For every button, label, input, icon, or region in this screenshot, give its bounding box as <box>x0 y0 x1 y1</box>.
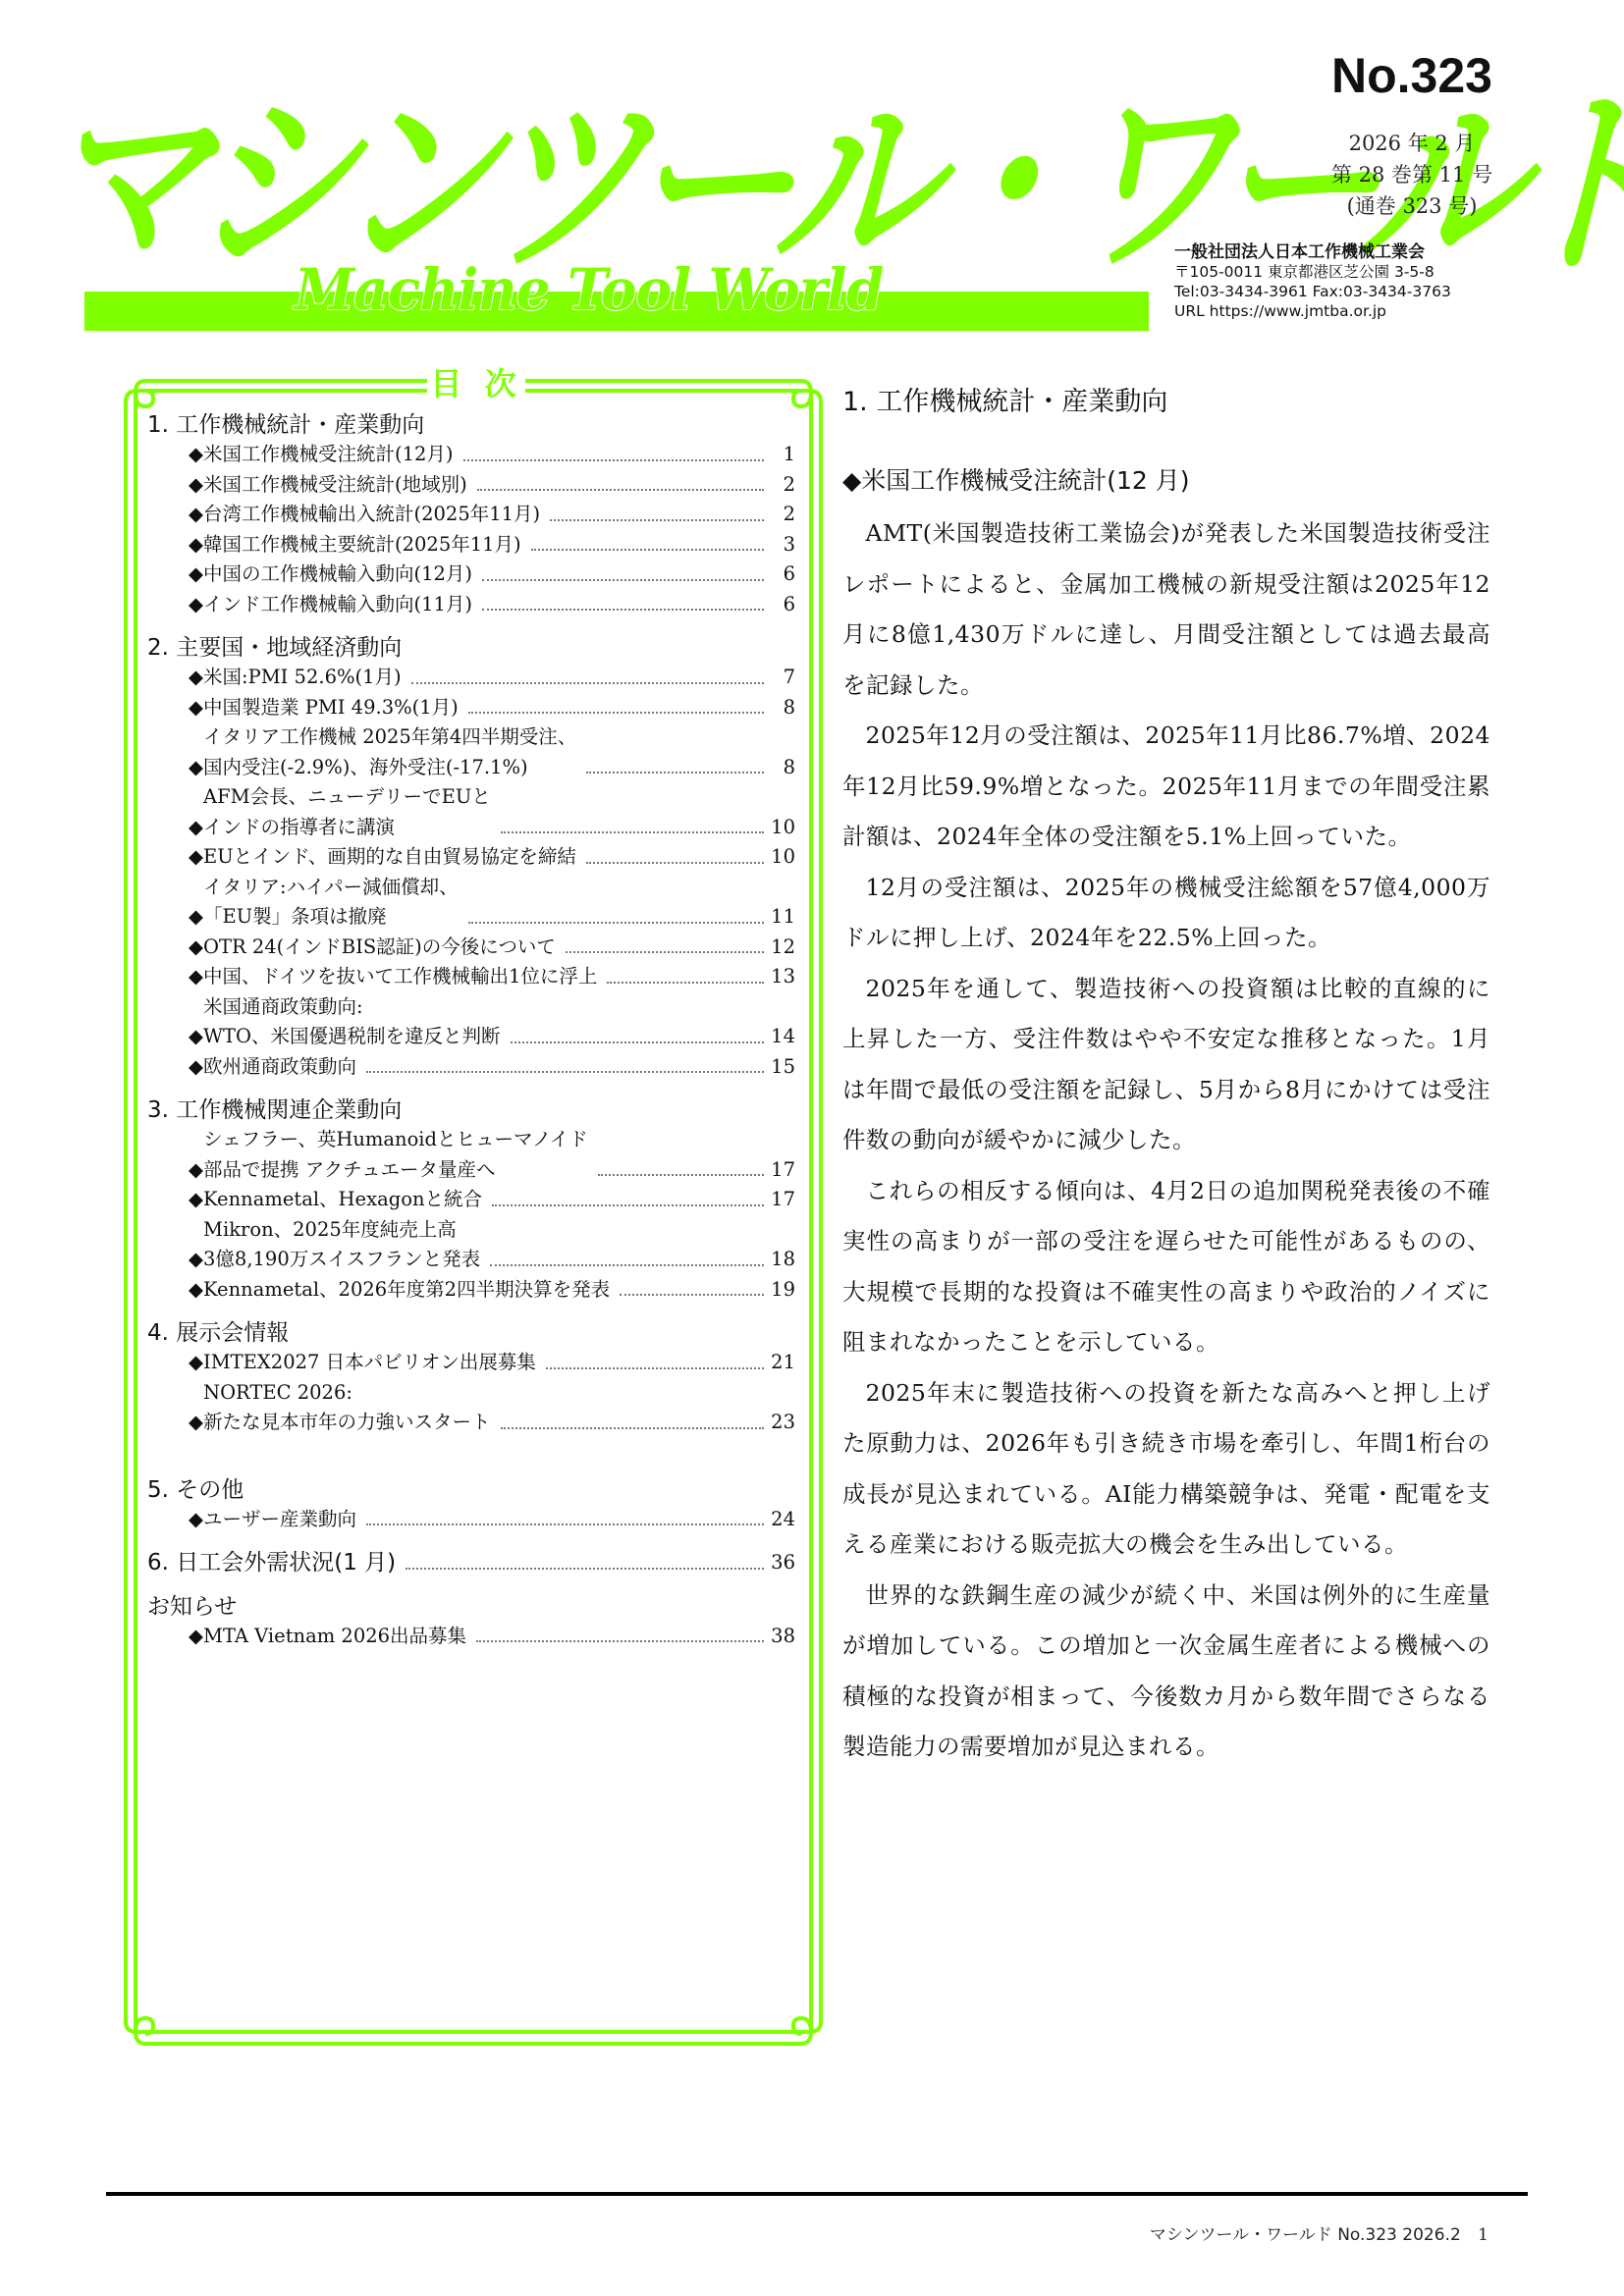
publisher-org: 一般社団法人日本工作機械工業会 <box>1174 242 1538 262</box>
leader-dots <box>492 1204 764 1206</box>
leader-dots <box>607 982 764 984</box>
toc-section-row[interactable]: 6. 日工会外需状況(1 月)36 <box>147 1548 795 1578</box>
toc-item[interactable]: ◆MTA Vietnam 2026出品募集38 <box>147 1622 795 1652</box>
toc-item[interactable]: ◆欧州通商政策動向15 <box>147 1052 795 1083</box>
page-number: 23 <box>770 1408 795 1438</box>
toc-item[interactable]: ◆米国工作機械受注統計(12月)1 <box>147 440 795 470</box>
leader-dots <box>468 922 764 924</box>
diamond-bullet-icon: ◆ <box>189 1155 203 1186</box>
toc-item[interactable]: ◆米国:PMI 52.6%(1月)7 <box>147 663 795 693</box>
leader-dots <box>598 1174 764 1176</box>
leader-dots <box>406 1568 764 1570</box>
leader-dots <box>550 519 764 521</box>
diamond-bullet-icon: ◆ <box>189 1505 203 1535</box>
article-paragraph: 2025年12月の受注額は、2025年11月比86.7%増、2024年12月比5… <box>842 711 1490 863</box>
page-number: 10 <box>770 842 795 873</box>
toc-heading: 目 次 <box>427 359 525 404</box>
toc-section: 6. 日工会外需状況(1 月)36 <box>147 1548 795 1578</box>
page-number: 8 <box>770 753 795 783</box>
leader-dots <box>477 489 764 491</box>
article-paragraph: 2025年末に製造技術への投資を新たな高みへと押し上げた原動力は、2026年も引… <box>842 1368 1490 1571</box>
toc-item[interactable]: ◆EUとインド、画期的な自由貿易協定を締結10 <box>147 842 795 873</box>
leader-dots <box>490 1264 764 1266</box>
footer-publication: マシンツール・ワールド No.323 2026.2 <box>1150 2225 1461 2245</box>
diamond-bullet-icon: ◆ <box>189 500 203 530</box>
toc-item[interactable]: ◆インド工作機械輸入動向(11月)6 <box>147 590 795 620</box>
toc-item[interactable]: ◆韓国工作機械主要統計(2025年11月)3 <box>147 530 795 561</box>
toc-item[interactable]: ◆シェフラー、英Humanoidとヒューマノイド 部品で提携 アクチュエータ量産… <box>147 1125 795 1185</box>
diamond-bullet-icon: ◆ <box>189 1408 203 1438</box>
diamond-bullet-icon: ◆ <box>189 530 203 561</box>
article-paragraph: これらの相反する傾向は、4月2日の追加関税発表後の不確実性の高まりが一部の受注を… <box>842 1166 1490 1368</box>
article-section-title: 1. 工作機械統計・産業動向 <box>842 383 1490 422</box>
diamond-bullet-icon: ◆ <box>189 440 203 470</box>
issue-volume: 第 28 巻第 11 号 <box>1294 159 1530 190</box>
article-paragraph: AMT(米国製造技術工業協会)が発表した米国製造技術受注レポートによると、金属加… <box>842 508 1490 711</box>
toc-section-title[interactable]: 1. 工作機械統計・産業動向 <box>147 410 795 440</box>
toc-section: 2. 主要国・地域経済動向 ◆米国:PMI 52.6%(1月)7 ◆中国製造業 … <box>147 633 795 1082</box>
diamond-bullet-icon: ◆ <box>189 962 203 992</box>
leader-dots <box>366 1523 764 1525</box>
toc-section: 4. 展示会情報 ◆IMTEX2027 日本パビリオン出展募集21 ◆NORTE… <box>147 1318 795 1438</box>
page-number: 7 <box>770 663 795 693</box>
toc-item[interactable]: ◆イタリア工作機械 2025年第4四半期受注、 国内受注(-2.9%)、海外受注… <box>147 722 795 782</box>
footer: マシンツール・ワールド No.323 2026.2 1 <box>1041 2220 1489 2245</box>
leader-dots <box>411 682 764 684</box>
toc-section-title[interactable]: 3. 工作機械関連企業動向 <box>147 1095 795 1125</box>
publisher-block: 一般社団法人日本工作機械工業会 〒105-0011 東京都港区芝公園 3-5-8… <box>1174 242 1538 321</box>
toc-item[interactable]: ◆台湾工作機械輸出入統計(2025年11月)2 <box>147 500 795 530</box>
page-number: 11 <box>770 902 795 933</box>
toc-section-title[interactable]: お知らせ <box>147 1592 795 1622</box>
toc-item[interactable]: ◆中国、ドイツを抜いて工作機械輸出1位に浮上13 <box>147 962 795 992</box>
leader-dots <box>620 1294 764 1296</box>
toc-item[interactable]: ◆米国工作機械受注統計(地域別)2 <box>147 470 795 501</box>
toc-item[interactable]: ◆AFM会長、ニューデリーでEUと インドの指導者に講演10 <box>147 782 795 842</box>
toc-section-title[interactable]: 4. 展示会情報 <box>147 1318 795 1348</box>
diamond-bullet-icon: ◆ <box>189 1052 203 1083</box>
diamond-bullet-icon: ◆ <box>189 1275 203 1306</box>
diamond-bullet-icon: ◆ <box>189 1348 203 1378</box>
toc-section: 5. その他 ◆ユーザー産業動向24 <box>147 1475 795 1535</box>
publisher-contact: Tel:03-3434-3961 Fax:03-3434-3763 <box>1174 282 1538 301</box>
page-number: 17 <box>770 1155 795 1186</box>
toc-item[interactable]: ◆中国の工作機械輸入動向(12月)6 <box>147 560 795 590</box>
toc-section: 1. 工作機械統計・産業動向 ◆米国工作機械受注統計(12月)1 ◆米国工作機械… <box>147 410 795 619</box>
publisher-address: 〒105-0011 東京都港区芝公園 3-5-8 <box>1174 262 1538 282</box>
diamond-bullet-icon: ◆ <box>189 663 203 693</box>
article-paragraph: 12月の受注額は、2025年の機械受注総額を57億4,000万ドルに押し上げ、2… <box>842 863 1490 964</box>
page-number: 6 <box>770 590 795 620</box>
diamond-bullet-icon: ◆ <box>189 753 203 783</box>
diamond-bullet-icon: ◆ <box>189 1185 203 1215</box>
page-number: 2 <box>770 470 795 501</box>
issue-serial: (通巻 323 号) <box>1294 190 1530 222</box>
article: 1. 工作機械統計・産業動向 ◆米国工作機械受注統計(12 月) AMT(米国製… <box>842 383 1490 1773</box>
leader-dots <box>482 579 764 581</box>
article-subtitle: ◆米国工作機械受注統計(12 月) <box>842 461 1490 501</box>
leader-dots <box>501 1427 764 1429</box>
toc-section-title: 6. 日工会外需状況(1 月) <box>147 1548 396 1578</box>
toc-item[interactable]: ◆OTR 24(インドBIS認証)の今後について12 <box>147 933 795 963</box>
leader-dots <box>531 549 764 551</box>
diamond-bullet-icon: ◆ <box>189 693 203 723</box>
page-number: 18 <box>770 1245 795 1275</box>
diamond-bullet-icon: ◆ <box>189 813 203 843</box>
leader-dots <box>586 772 764 774</box>
diamond-bullet-icon: ◆ <box>189 1245 203 1275</box>
page-number: 13 <box>770 962 795 992</box>
footer-page-number: 1 <box>1478 2225 1489 2245</box>
issue-date: 2026 年 2 月 <box>1294 128 1530 159</box>
toc-section: 3. 工作機械関連企業動向 ◆シェフラー、英Humanoidとヒューマノイド 部… <box>147 1095 795 1305</box>
page-number: 14 <box>770 1022 795 1052</box>
toc-item[interactable]: ◆IMTEX2027 日本パビリオン出展募集21 <box>147 1348 795 1378</box>
leader-dots <box>566 951 764 953</box>
masthead-title-en: Machine Tool World <box>295 257 929 322</box>
toc-section-title[interactable]: 2. 主要国・地域経済動向 <box>147 633 795 663</box>
page-number: 2 <box>770 500 795 530</box>
article-paragraph: 2025年を通して、製造技術への投資額は比較的直線的に上昇した一方、受注件数はや… <box>842 964 1490 1166</box>
leader-dots <box>366 1071 764 1073</box>
page-number: 1 <box>770 440 795 470</box>
issue-meta: 2026 年 2 月 第 28 巻第 11 号 (通巻 323 号) <box>1294 128 1530 222</box>
toc-item[interactable]: ◆中国製造業 PMI 49.3%(1月)8 <box>147 693 795 723</box>
toc-item[interactable]: ◆イタリア:ハイパー減価償却、 「EU製」条項は撤廃11 <box>147 873 795 933</box>
page-number: 8 <box>770 693 795 723</box>
footer-rule <box>106 2192 1528 2196</box>
page-number: 19 <box>770 1275 795 1306</box>
diamond-bullet-icon: ◆ <box>189 902 203 933</box>
toc-item[interactable]: ◆米国通商政策動向: WTO、米国優遇税制を違反と判断14 <box>147 992 795 1052</box>
diamond-bullet-icon: ◆ <box>189 590 203 620</box>
toc-item[interactable]: ◆NORTEC 2026: 新たな見本市年の力強いスタート23 <box>147 1378 795 1438</box>
leader-dots <box>468 712 764 714</box>
page-number: 3 <box>770 530 795 561</box>
publisher-url[interactable]: URL https://www.jmtba.or.jp <box>1174 301 1538 321</box>
leader-dots <box>476 1640 764 1642</box>
toc-section-title[interactable]: 5. その他 <box>147 1475 795 1505</box>
leader-dots <box>586 862 764 864</box>
page-number: 24 <box>770 1505 795 1535</box>
article-paragraph: 世界的な鉄鋼生産の減少が続く中、米国は例外的に生産量が増加している。この増加と一… <box>842 1571 1490 1773</box>
page-number: 10 <box>770 813 795 843</box>
toc-item[interactable]: ◆ユーザー産業動向24 <box>147 1505 795 1535</box>
diamond-bullet-icon: ◆ <box>189 1022 203 1052</box>
toc-section: お知らせ ◆MTA Vietnam 2026出品募集38 <box>147 1592 795 1652</box>
diamond-bullet-icon: ◆ <box>189 933 203 963</box>
table-of-contents: 1. 工作機械統計・産業動向 ◆米国工作機械受注統計(12月)1 ◆米国工作機械… <box>147 410 795 1665</box>
diamond-bullet-icon: ◆ <box>189 1622 203 1652</box>
toc-item[interactable]: ◆Kennametal、2026年度第2四半期決算を発表19 <box>147 1275 795 1306</box>
page-number: 17 <box>770 1185 795 1215</box>
diamond-bullet-icon: ◆ <box>189 842 203 873</box>
page-number: 36 <box>770 1548 795 1578</box>
toc-item[interactable]: ◆Kennametal、Hexagonと統合17 <box>147 1185 795 1215</box>
toc-item[interactable]: ◆Mikron、2025年度純売上高 3億8,190万スイスフランと発表18 <box>147 1215 795 1275</box>
page-number: 21 <box>770 1348 795 1378</box>
page-number: 12 <box>770 933 795 963</box>
leader-dots <box>463 459 764 461</box>
page-number: 15 <box>770 1052 795 1083</box>
leader-dots <box>501 831 764 833</box>
issue-number: No.323 <box>1294 47 1530 104</box>
page-number: 6 <box>770 560 795 590</box>
diamond-bullet-icon: ◆ <box>189 560 203 590</box>
leader-dots <box>482 609 764 611</box>
leader-dots <box>546 1367 764 1369</box>
page-number: 38 <box>770 1622 795 1652</box>
diamond-bullet-icon: ◆ <box>189 470 203 501</box>
leader-dots <box>511 1041 764 1043</box>
